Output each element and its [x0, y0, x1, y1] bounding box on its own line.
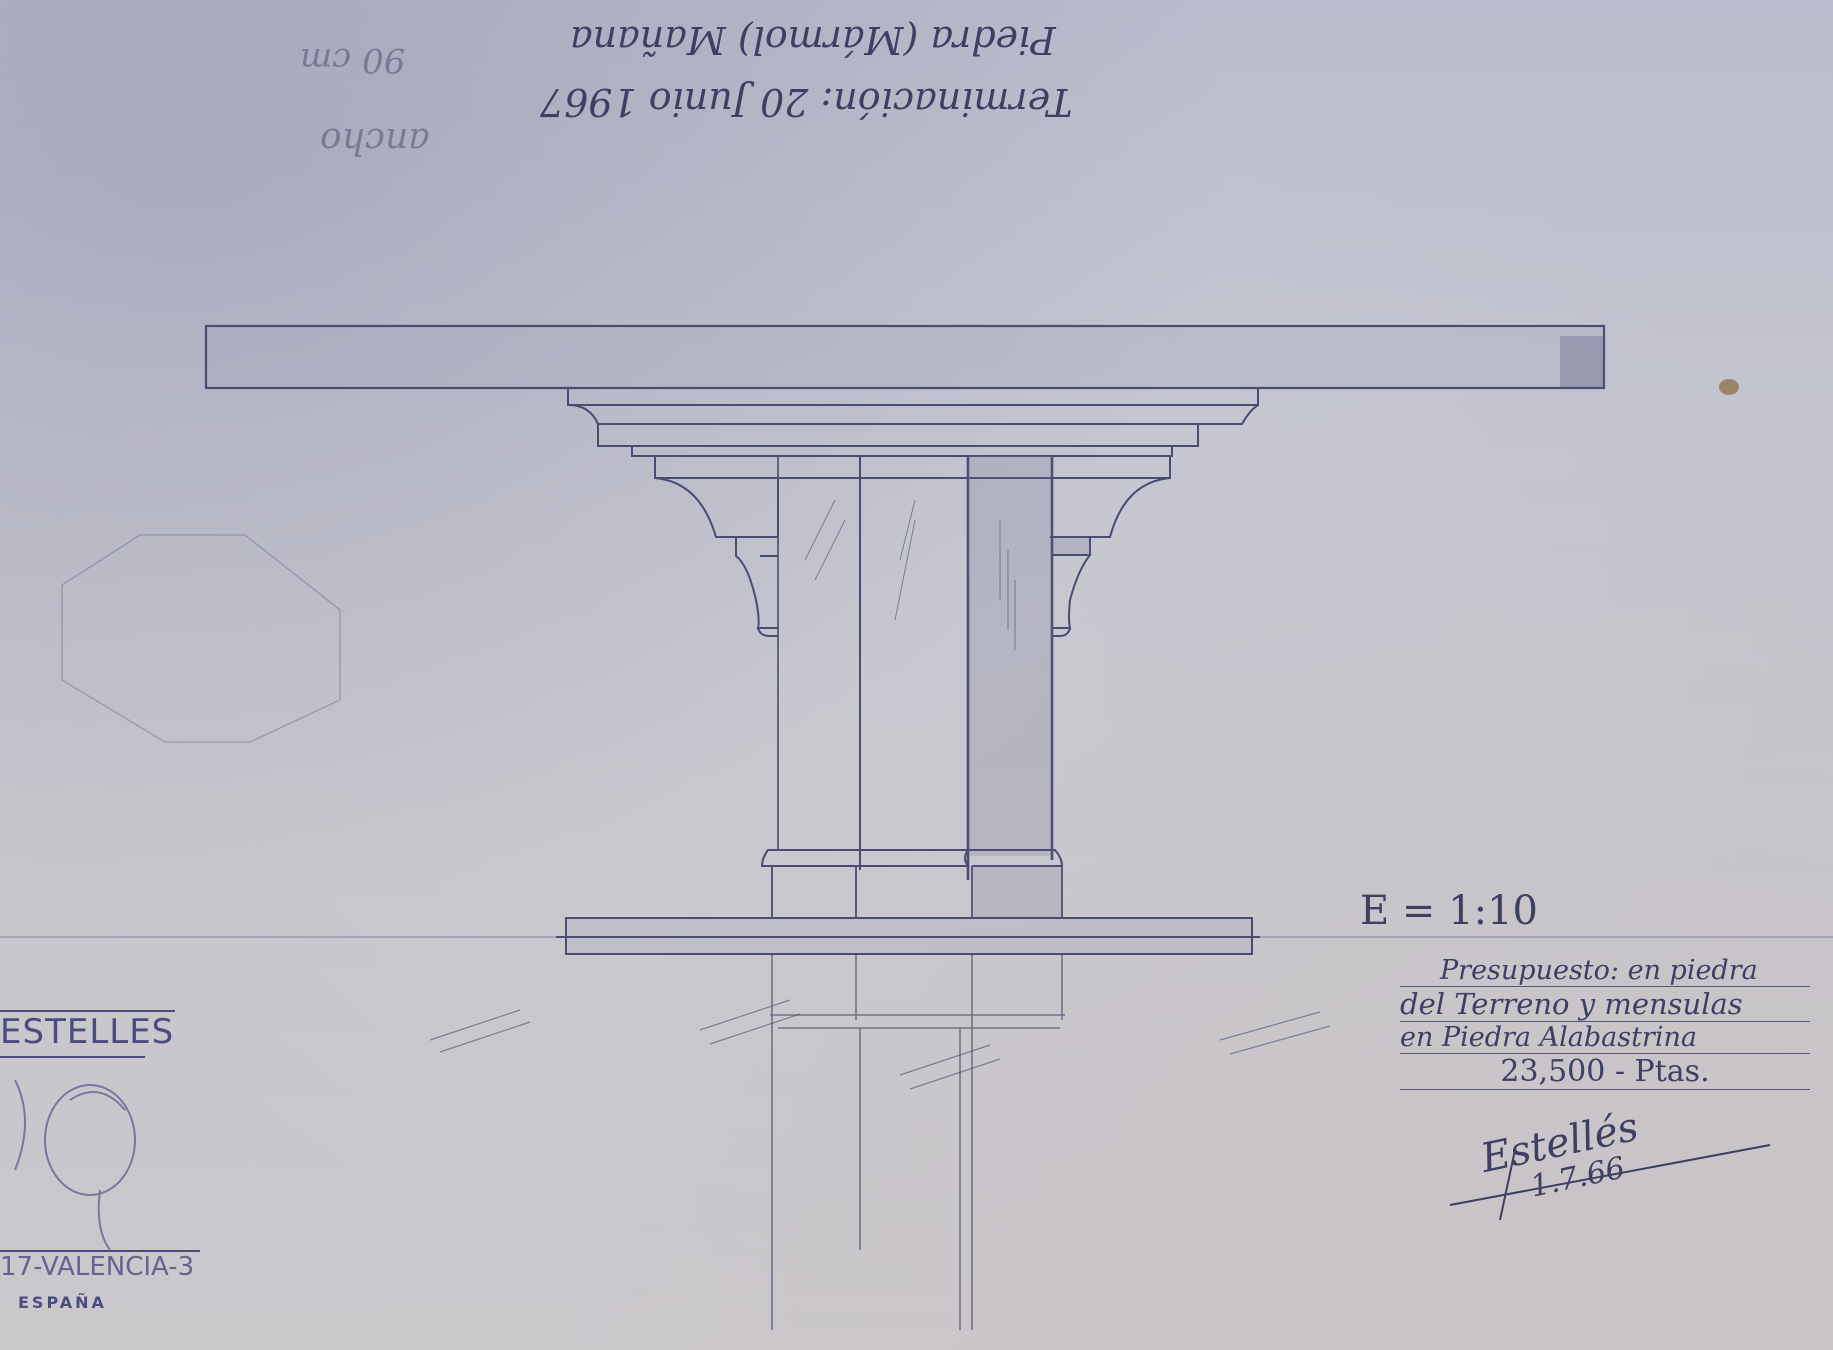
faint-note-line1: 90 cm — [300, 40, 405, 80]
paper-stain — [1719, 379, 1739, 395]
break-marks — [430, 1000, 1330, 1089]
molding — [568, 388, 1258, 456]
right-corbel — [1050, 478, 1170, 636]
pillar-bases — [762, 850, 1062, 918]
base-slab — [556, 918, 1260, 954]
stamp-name: ESTELLES — [0, 1012, 174, 1052]
pillars — [778, 456, 1052, 880]
budget-amount: 23,500 - Ptas. — [1400, 1054, 1810, 1090]
signature-flourish-icon — [1440, 1110, 1800, 1220]
leg-projection-lines — [770, 954, 1065, 1330]
top-note-line2: Piedra (Mármol) Mañana — [570, 18, 1056, 62]
table-top-slab — [206, 326, 1604, 388]
left-corbel — [655, 478, 778, 636]
faint-note-line2: ancho — [320, 120, 430, 161]
budget-line1: Presupuesto: en piedra — [1400, 955, 1810, 987]
budget-line3: en Piedra Alabastrina — [1400, 1022, 1810, 1054]
stamp-rule-mid — [0, 1056, 145, 1058]
corbel-top-band — [655, 456, 1170, 478]
scale-label: E = 1:10 — [1360, 888, 1538, 934]
budget-line2: del Terreno y mensulas — [1400, 987, 1810, 1022]
top-note-line1: Terminación: 20 Junio 1967 — [540, 80, 1072, 124]
budget-block: Presupuesto: en piedra del Terreno y men… — [1400, 955, 1810, 1090]
maker-stamp: ESTELLES 17-VALENCIA-3 ESPAÑA — [0, 1000, 200, 1320]
octagon-plan-sketch — [62, 535, 340, 742]
stamp-portrait-icon — [10, 1060, 150, 1260]
stamp-address: 17-VALENCIA-3 — [0, 1252, 194, 1282]
stamp-country: ESPAÑA — [18, 1293, 107, 1312]
